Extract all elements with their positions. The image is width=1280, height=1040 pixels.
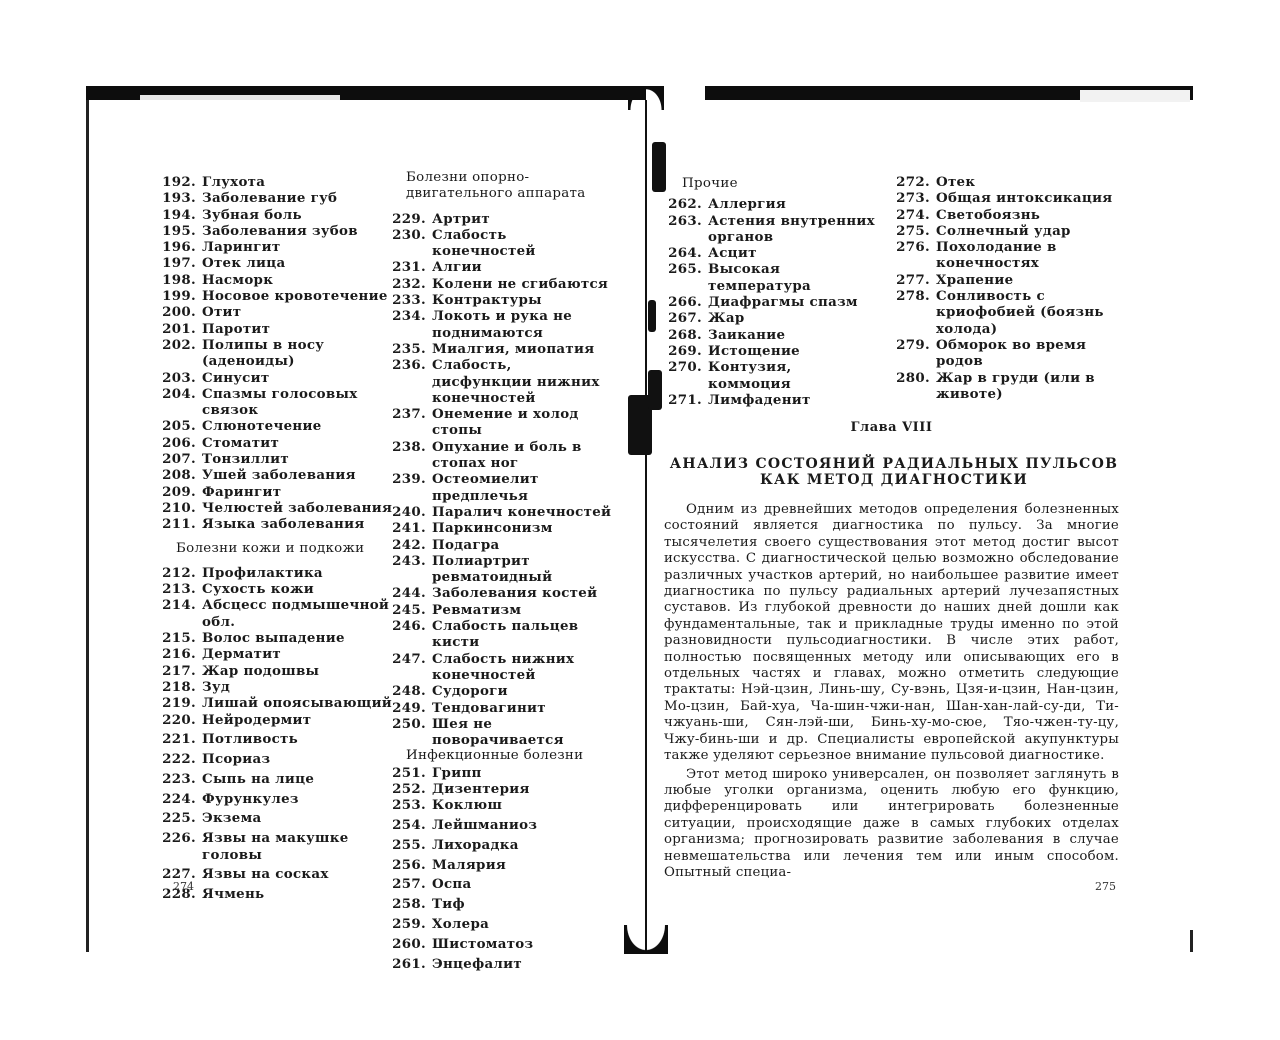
item-list: 272.Отек273.Общая интоксикация274.Светоб… bbox=[892, 174, 1117, 402]
item-number: 271. bbox=[664, 392, 708, 408]
item-number: 225. bbox=[158, 810, 202, 826]
item-text: Спазмы голосовых связок bbox=[202, 386, 393, 419]
item-list: 251.Грипп252.Дизентерия253.Коклюш254.Лей… bbox=[388, 765, 613, 972]
list-item: 192.Глухота bbox=[158, 174, 393, 190]
ink-blot bbox=[648, 370, 662, 410]
item-number: 208. bbox=[158, 467, 202, 483]
item-number: 260. bbox=[388, 936, 432, 952]
list-item: 239.Остеомиелит предплечья bbox=[388, 471, 613, 504]
list-item: 238.Опухание и боль в стопах ног bbox=[388, 439, 613, 472]
item-number: 267. bbox=[664, 310, 708, 326]
item-number: 272. bbox=[892, 174, 936, 190]
item-number: 242. bbox=[388, 537, 432, 553]
item-number: 278. bbox=[892, 288, 936, 337]
item-text: Экзема bbox=[202, 810, 393, 826]
page-number-left: 274 bbox=[173, 880, 194, 893]
list-item: 231.Алгии bbox=[388, 259, 613, 275]
item-list: 262.Аллергия263.Астения внутренних орган… bbox=[664, 196, 879, 408]
section-heading: Болезни опорно-двигательного аппарата bbox=[388, 170, 613, 203]
item-number: 214. bbox=[158, 597, 202, 630]
list-item: 219.Лишай опоясывающий bbox=[158, 695, 393, 711]
list-item: 252.Дизентерия bbox=[388, 781, 613, 797]
item-text: Артрит bbox=[432, 211, 613, 227]
item-text: Насморк bbox=[202, 272, 393, 288]
page-number-right: 275 bbox=[1095, 880, 1116, 893]
list-item: 223.Сыпь на лице bbox=[158, 771, 393, 787]
list-item: 265.Высокая температура bbox=[664, 261, 879, 294]
item-number: 240. bbox=[388, 504, 432, 520]
section-heading: Инфекционные болезни bbox=[388, 748, 613, 764]
list-item: 255.Лихорадка bbox=[388, 837, 613, 853]
item-number: 270. bbox=[664, 359, 708, 392]
item-number: 235. bbox=[388, 341, 432, 357]
item-text: Локоть и рука не поднимаются bbox=[432, 308, 613, 341]
item-number: 274. bbox=[892, 207, 936, 223]
chapter-body: Одним из древнейших методов определения … bbox=[664, 502, 1119, 881]
list-item: 264.Асцит bbox=[664, 245, 879, 261]
spine-shadow-bottom bbox=[624, 925, 668, 954]
list-item: 235.Миалгия, миопатия bbox=[388, 341, 613, 357]
item-number: 193. bbox=[158, 190, 202, 206]
list-item: 262.Аллергия bbox=[664, 196, 879, 212]
item-number: 243. bbox=[388, 553, 432, 586]
item-text: Опухание и боль в стопах ног bbox=[432, 439, 613, 472]
list-item: 254.Лейшманиоз bbox=[388, 817, 613, 833]
item-text: Нейродермит bbox=[202, 712, 393, 728]
item-number: 256. bbox=[388, 857, 432, 873]
item-text: Абсцесс подмышечной обл. bbox=[202, 597, 393, 630]
item-text: Ушей заболевания bbox=[202, 467, 393, 483]
list-item: 278.Сонливость с криофобией (боязнь холо… bbox=[892, 288, 1117, 337]
item-number: 222. bbox=[158, 751, 202, 767]
item-text: Миалгия, миопатия bbox=[432, 341, 613, 357]
right-page-column-1: Прочие 262.Аллергия263.Астения внутренни… bbox=[664, 174, 879, 408]
list-item: 269.Истощение bbox=[664, 343, 879, 359]
item-text: Аллергия bbox=[708, 196, 879, 212]
list-item: 236.Слабость, дисфункции нижних конечнос… bbox=[388, 357, 613, 406]
list-item: 222.Псориаз bbox=[158, 751, 393, 767]
item-text: Диафрагмы спазм bbox=[708, 294, 879, 310]
item-text: Заболевания зубов bbox=[202, 223, 393, 239]
item-text: Сухость кожи bbox=[202, 581, 393, 597]
item-text: Слабость, дисфункции нижних конечностей bbox=[432, 357, 613, 406]
list-item: 256.Малярия bbox=[388, 857, 613, 873]
item-number: 194. bbox=[158, 207, 202, 223]
list-item: 260.Шистоматоз bbox=[388, 936, 613, 952]
scan-highlight bbox=[140, 95, 340, 100]
item-number: 268. bbox=[664, 327, 708, 343]
item-number: 203. bbox=[158, 370, 202, 386]
list-item: 244.Заболевания костей bbox=[388, 585, 613, 601]
item-text: Заболевание губ bbox=[202, 190, 393, 206]
item-number: 192. bbox=[158, 174, 202, 190]
paragraph: Этот метод широко универсален, он позвол… bbox=[664, 767, 1119, 882]
item-text: Языка заболевания bbox=[202, 516, 393, 532]
item-text: Сонливость с криофобией (боязнь холода) bbox=[936, 288, 1117, 337]
item-text: Лишай опоясывающий bbox=[202, 695, 393, 711]
item-text: Высокая температура bbox=[708, 261, 879, 294]
item-number: 202. bbox=[158, 337, 202, 370]
item-text: Стоматит bbox=[202, 435, 393, 451]
item-text: Заикание bbox=[708, 327, 879, 343]
item-text: Астения внутренних органов bbox=[708, 213, 879, 246]
item-text: Синусит bbox=[202, 370, 393, 386]
list-item: 277.Храпение bbox=[892, 272, 1117, 288]
item-number: 195. bbox=[158, 223, 202, 239]
item-number: 230. bbox=[388, 227, 432, 260]
item-text: Алгии bbox=[432, 259, 613, 275]
item-text: Фарингит bbox=[202, 484, 393, 500]
item-text: Сыпь на лице bbox=[202, 771, 393, 787]
list-item: 271.Лимфаденит bbox=[664, 392, 879, 408]
item-number: 239. bbox=[388, 471, 432, 504]
item-number: 241. bbox=[388, 520, 432, 536]
item-text: Судороги bbox=[432, 683, 613, 699]
list-item: 218.Зуд bbox=[158, 679, 393, 695]
list-item: 242.Подагра bbox=[388, 537, 613, 553]
list-item: 221.Потливость bbox=[158, 731, 393, 747]
item-text: Похолодание в конечностях bbox=[936, 239, 1117, 272]
item-number: 226. bbox=[158, 830, 202, 863]
list-item: 241.Паркинсонизм bbox=[388, 520, 613, 536]
list-item: 248.Судороги bbox=[388, 683, 613, 699]
item-number: 276. bbox=[892, 239, 936, 272]
item-list: 192.Глухота193.Заболевание губ194.Зубная… bbox=[158, 174, 393, 533]
item-text: Светобоязнь bbox=[936, 207, 1117, 223]
item-text: Подагра bbox=[432, 537, 613, 553]
list-item: 209.Фарингит bbox=[158, 484, 393, 500]
item-text: Малярия bbox=[432, 857, 613, 873]
page-edge-right bbox=[1190, 930, 1193, 952]
item-number: 280. bbox=[892, 370, 936, 403]
list-item: 250.Шея не поворачивается bbox=[388, 716, 613, 749]
list-item: 198.Насморк bbox=[158, 272, 393, 288]
list-item: 263.Астения внутренних органов bbox=[664, 213, 879, 246]
item-number: 209. bbox=[158, 484, 202, 500]
list-item: 212.Профилактика bbox=[158, 565, 393, 581]
list-item: 224.Фурункулез bbox=[158, 791, 393, 807]
item-text: Ячмень bbox=[202, 886, 393, 902]
list-item: 274.Светобоязнь bbox=[892, 207, 1117, 223]
list-item: 217.Жар подошвы bbox=[158, 663, 393, 679]
item-number: 231. bbox=[388, 259, 432, 275]
item-text: Лихорадка bbox=[432, 837, 613, 853]
item-number: 213. bbox=[158, 581, 202, 597]
item-number: 254. bbox=[388, 817, 432, 833]
item-number: 264. bbox=[664, 245, 708, 261]
ink-blot bbox=[648, 300, 656, 332]
list-item: 232.Колени не сгибаются bbox=[388, 276, 613, 292]
list-item: 226.Язвы на макушке головы bbox=[158, 830, 393, 863]
item-text: Солнечный удар bbox=[936, 223, 1117, 239]
item-number: 279. bbox=[892, 337, 936, 370]
item-text: Колени не сгибаются bbox=[432, 276, 613, 292]
item-text: Отек bbox=[936, 174, 1117, 190]
item-number: 266. bbox=[664, 294, 708, 310]
list-item: 268.Заикание bbox=[664, 327, 879, 343]
list-item: 229.Артрит bbox=[388, 211, 613, 227]
item-number: 262. bbox=[664, 196, 708, 212]
list-item: 246.Слабость пальцев кисти bbox=[388, 618, 613, 651]
list-item: 272.Отек bbox=[892, 174, 1117, 190]
item-text: Глухота bbox=[202, 174, 393, 190]
item-text: Контузия, коммоция bbox=[708, 359, 879, 392]
item-text: Шистоматоз bbox=[432, 936, 613, 952]
item-number: 201. bbox=[158, 321, 202, 337]
item-number: 277. bbox=[892, 272, 936, 288]
list-item: 214.Абсцесс подмышечной обл. bbox=[158, 597, 393, 630]
item-text: Паркинсонизм bbox=[432, 520, 613, 536]
list-item: 194.Зубная боль bbox=[158, 207, 393, 223]
item-number: 205. bbox=[158, 418, 202, 434]
item-number: 257. bbox=[388, 876, 432, 892]
item-text: Ревматизм bbox=[432, 602, 613, 618]
chapter-title-line: КАК МЕТОД ДИАГНОСТИКИ bbox=[664, 472, 1124, 488]
item-text: Полипы в носу (аденоиды) bbox=[202, 337, 393, 370]
section-heading: Прочие bbox=[664, 176, 879, 192]
item-text: Истощение bbox=[708, 343, 879, 359]
item-number: 273. bbox=[892, 190, 936, 206]
left-page-column-2: Болезни опорно-двигательного аппарата 22… bbox=[388, 168, 613, 975]
item-text: Жар подошвы bbox=[202, 663, 393, 679]
list-item: 206.Стоматит bbox=[158, 435, 393, 451]
item-text: Волос выпадение bbox=[202, 630, 393, 646]
item-text: Заболевания костей bbox=[432, 585, 613, 601]
item-text: Тендовагинит bbox=[432, 700, 613, 716]
list-item: 243.Полиартрит ревматоидный bbox=[388, 553, 613, 586]
item-number: 216. bbox=[158, 646, 202, 662]
item-text: Слабость нижних конечностей bbox=[432, 651, 613, 684]
item-number: 236. bbox=[388, 357, 432, 406]
spine-shadow-top bbox=[628, 86, 664, 110]
list-item: 205.Слюнотечение bbox=[158, 418, 393, 434]
list-item: 261.Энцефалит bbox=[388, 956, 613, 972]
item-number: 218. bbox=[158, 679, 202, 695]
list-item: 202.Полипы в носу (аденоиды) bbox=[158, 337, 393, 370]
item-text: Потливость bbox=[202, 731, 393, 747]
book-spine bbox=[645, 100, 647, 952]
list-item: 197.Отек лица bbox=[158, 255, 393, 271]
right-page-column-2: 272.Отек273.Общая интоксикация274.Светоб… bbox=[892, 174, 1117, 402]
item-text: Слабость пальцев кисти bbox=[432, 618, 613, 651]
paragraph: Одним из древнейших методов определения … bbox=[664, 502, 1119, 765]
item-number: 221. bbox=[158, 731, 202, 747]
list-item: 207.Тонзиллит bbox=[158, 451, 393, 467]
chapter-title: АНАЛИЗ СОСТОЯНИЙ РАДИАЛЬНЫХ ПУЛЬСОВ КАК … bbox=[664, 456, 1124, 488]
item-number: 249. bbox=[388, 700, 432, 716]
list-item: 259.Холера bbox=[388, 916, 613, 932]
list-item: 216.Дерматит bbox=[158, 646, 393, 662]
item-text: Тиф bbox=[432, 896, 613, 912]
item-number: 215. bbox=[158, 630, 202, 646]
item-text: Язвы на макушке головы bbox=[202, 830, 393, 863]
item-text: Онемение и холод стопы bbox=[432, 406, 613, 439]
list-item: 201.Паротит bbox=[158, 321, 393, 337]
item-text: Зуд bbox=[202, 679, 393, 695]
list-item: 270.Контузия, коммоция bbox=[664, 359, 879, 392]
item-text: Отит bbox=[202, 304, 393, 320]
item-number: 238. bbox=[388, 439, 432, 472]
item-text: Коклюш bbox=[432, 797, 613, 813]
item-number: 253. bbox=[388, 797, 432, 813]
item-text: Дизентерия bbox=[432, 781, 613, 797]
item-number: 250. bbox=[388, 716, 432, 749]
list-item: 203.Синусит bbox=[158, 370, 393, 386]
item-text: Слюнотечение bbox=[202, 418, 393, 434]
list-item: 193.Заболевание губ bbox=[158, 190, 393, 206]
list-item: 253.Коклюш bbox=[388, 797, 613, 813]
item-number: 259. bbox=[388, 916, 432, 932]
item-text: Паротит bbox=[202, 321, 393, 337]
item-number: 211. bbox=[158, 516, 202, 532]
item-number: 229. bbox=[388, 211, 432, 227]
list-item: 204.Спазмы голосовых связок bbox=[158, 386, 393, 419]
item-number: 224. bbox=[158, 791, 202, 807]
item-text: Ларингит bbox=[202, 239, 393, 255]
item-text: Профилактика bbox=[202, 565, 393, 581]
item-number: 261. bbox=[388, 956, 432, 972]
list-item: 275.Солнечный удар bbox=[892, 223, 1117, 239]
item-text: Носовое кровотечение bbox=[202, 288, 393, 304]
item-number: 248. bbox=[388, 683, 432, 699]
list-item: 240.Паралич конечностей bbox=[388, 504, 613, 520]
item-text: Грипп bbox=[432, 765, 613, 781]
list-item: 220.Нейродермит bbox=[158, 712, 393, 728]
item-text: Язвы на сосках bbox=[202, 866, 393, 882]
item-text: Псориаз bbox=[202, 751, 393, 767]
list-item: 199.Носовое кровотечение bbox=[158, 288, 393, 304]
list-item: 215.Волос выпадение bbox=[158, 630, 393, 646]
item-number: 197. bbox=[158, 255, 202, 271]
item-number: 247. bbox=[388, 651, 432, 684]
item-text: Тонзиллит bbox=[202, 451, 393, 467]
list-item: 208.Ушей заболевания bbox=[158, 467, 393, 483]
page-edge-left bbox=[86, 100, 89, 952]
list-item: 267.Жар bbox=[664, 310, 879, 326]
item-list: 229.Артрит230.Слабость конечностей231.Ал… bbox=[388, 211, 613, 749]
item-text: Жар в груди (или в животе) bbox=[936, 370, 1117, 403]
list-item: 266.Диафрагмы спазм bbox=[664, 294, 879, 310]
list-item: 230.Слабость конечностей bbox=[388, 227, 613, 260]
scan-highlight bbox=[1080, 90, 1190, 102]
item-number: 245. bbox=[388, 602, 432, 618]
item-number: 219. bbox=[158, 695, 202, 711]
item-text: Лимфаденит bbox=[708, 392, 879, 408]
item-number: 251. bbox=[388, 765, 432, 781]
item-number: 207. bbox=[158, 451, 202, 467]
item-text: Жар bbox=[708, 310, 879, 326]
item-number: 199. bbox=[158, 288, 202, 304]
item-text: Асцит bbox=[708, 245, 879, 261]
list-item: 279.Обморок во время родов bbox=[892, 337, 1117, 370]
item-text: Остеомиелит предплечья bbox=[432, 471, 613, 504]
list-item: 258.Тиф bbox=[388, 896, 613, 912]
list-item: 257.Оспа bbox=[388, 876, 613, 892]
item-number: 204. bbox=[158, 386, 202, 419]
item-text: Общая интоксикация bbox=[936, 190, 1117, 206]
item-number: 196. bbox=[158, 239, 202, 255]
chapter-label: Глава VIII bbox=[664, 420, 1119, 435]
item-number: 255. bbox=[388, 837, 432, 853]
item-number: 234. bbox=[388, 308, 432, 341]
item-number: 206. bbox=[158, 435, 202, 451]
section-heading: Болезни кожи и подкожи bbox=[158, 541, 393, 557]
list-item: 200.Отит bbox=[158, 304, 393, 320]
item-text: Фурункулез bbox=[202, 791, 393, 807]
item-number: 237. bbox=[388, 406, 432, 439]
item-number: 210. bbox=[158, 500, 202, 516]
list-item: 196.Ларингит bbox=[158, 239, 393, 255]
item-text: Оспа bbox=[432, 876, 613, 892]
item-number: 217. bbox=[158, 663, 202, 679]
item-number: 263. bbox=[664, 213, 708, 246]
chapter-title-line: АНАЛИЗ СОСТОЯНИЙ РАДИАЛЬНЫХ ПУЛЬСОВ bbox=[664, 456, 1124, 472]
item-number: 252. bbox=[388, 781, 432, 797]
item-text: Обморок во время родов bbox=[936, 337, 1117, 370]
item-number: 198. bbox=[158, 272, 202, 288]
list-item: 237.Онемение и холод стопы bbox=[388, 406, 613, 439]
item-number: 220. bbox=[158, 712, 202, 728]
list-item: 210.Челюстей заболевания bbox=[158, 500, 393, 516]
list-item: 245.Ревматизм bbox=[388, 602, 613, 618]
item-text: Контрактуры bbox=[432, 292, 613, 308]
list-item: 211.Языка заболевания bbox=[158, 516, 393, 532]
item-list: 212.Профилактика213.Сухость кожи214.Абсц… bbox=[158, 565, 393, 903]
list-item: 280.Жар в груди (или в животе) bbox=[892, 370, 1117, 403]
item-number: 269. bbox=[664, 343, 708, 359]
item-number: 232. bbox=[388, 276, 432, 292]
list-item: 251.Грипп bbox=[388, 765, 613, 781]
item-number: 258. bbox=[388, 896, 432, 912]
item-number: 200. bbox=[158, 304, 202, 320]
list-item: 195.Заболевания зубов bbox=[158, 223, 393, 239]
item-text: Зубная боль bbox=[202, 207, 393, 223]
item-number: 265. bbox=[664, 261, 708, 294]
list-item: 249.Тендовагинит bbox=[388, 700, 613, 716]
list-item: 276.Похолодание в конечностях bbox=[892, 239, 1117, 272]
item-text: Лейшманиоз bbox=[432, 817, 613, 833]
item-text: Холера bbox=[432, 916, 613, 932]
item-number: 223. bbox=[158, 771, 202, 787]
item-number: 212. bbox=[158, 565, 202, 581]
list-item: 213.Сухость кожи bbox=[158, 581, 393, 597]
list-item: 225.Экзема bbox=[158, 810, 393, 826]
list-item: 234.Локоть и рука не поднимаются bbox=[388, 308, 613, 341]
item-text: Челюстей заболевания bbox=[202, 500, 393, 516]
item-text: Паралич конечностей bbox=[432, 504, 613, 520]
list-item: 273.Общая интоксикация bbox=[892, 190, 1117, 206]
item-text: Полиартрит ревматоидный bbox=[432, 553, 613, 586]
item-number: 244. bbox=[388, 585, 432, 601]
item-number: 246. bbox=[388, 618, 432, 651]
item-text: Энцефалит bbox=[432, 956, 613, 972]
left-page-column-1: 192.Глухота193.Заболевание губ194.Зубная… bbox=[158, 174, 393, 906]
item-text: Храпение bbox=[936, 272, 1117, 288]
item-number: 275. bbox=[892, 223, 936, 239]
item-text: Шея не поворачивается bbox=[432, 716, 613, 749]
list-item: 247.Слабость нижних конечностей bbox=[388, 651, 613, 684]
list-item: 233.Контрактуры bbox=[388, 292, 613, 308]
item-text: Дерматит bbox=[202, 646, 393, 662]
item-text: Отек лица bbox=[202, 255, 393, 271]
item-text: Слабость конечностей bbox=[432, 227, 613, 260]
item-number: 233. bbox=[388, 292, 432, 308]
